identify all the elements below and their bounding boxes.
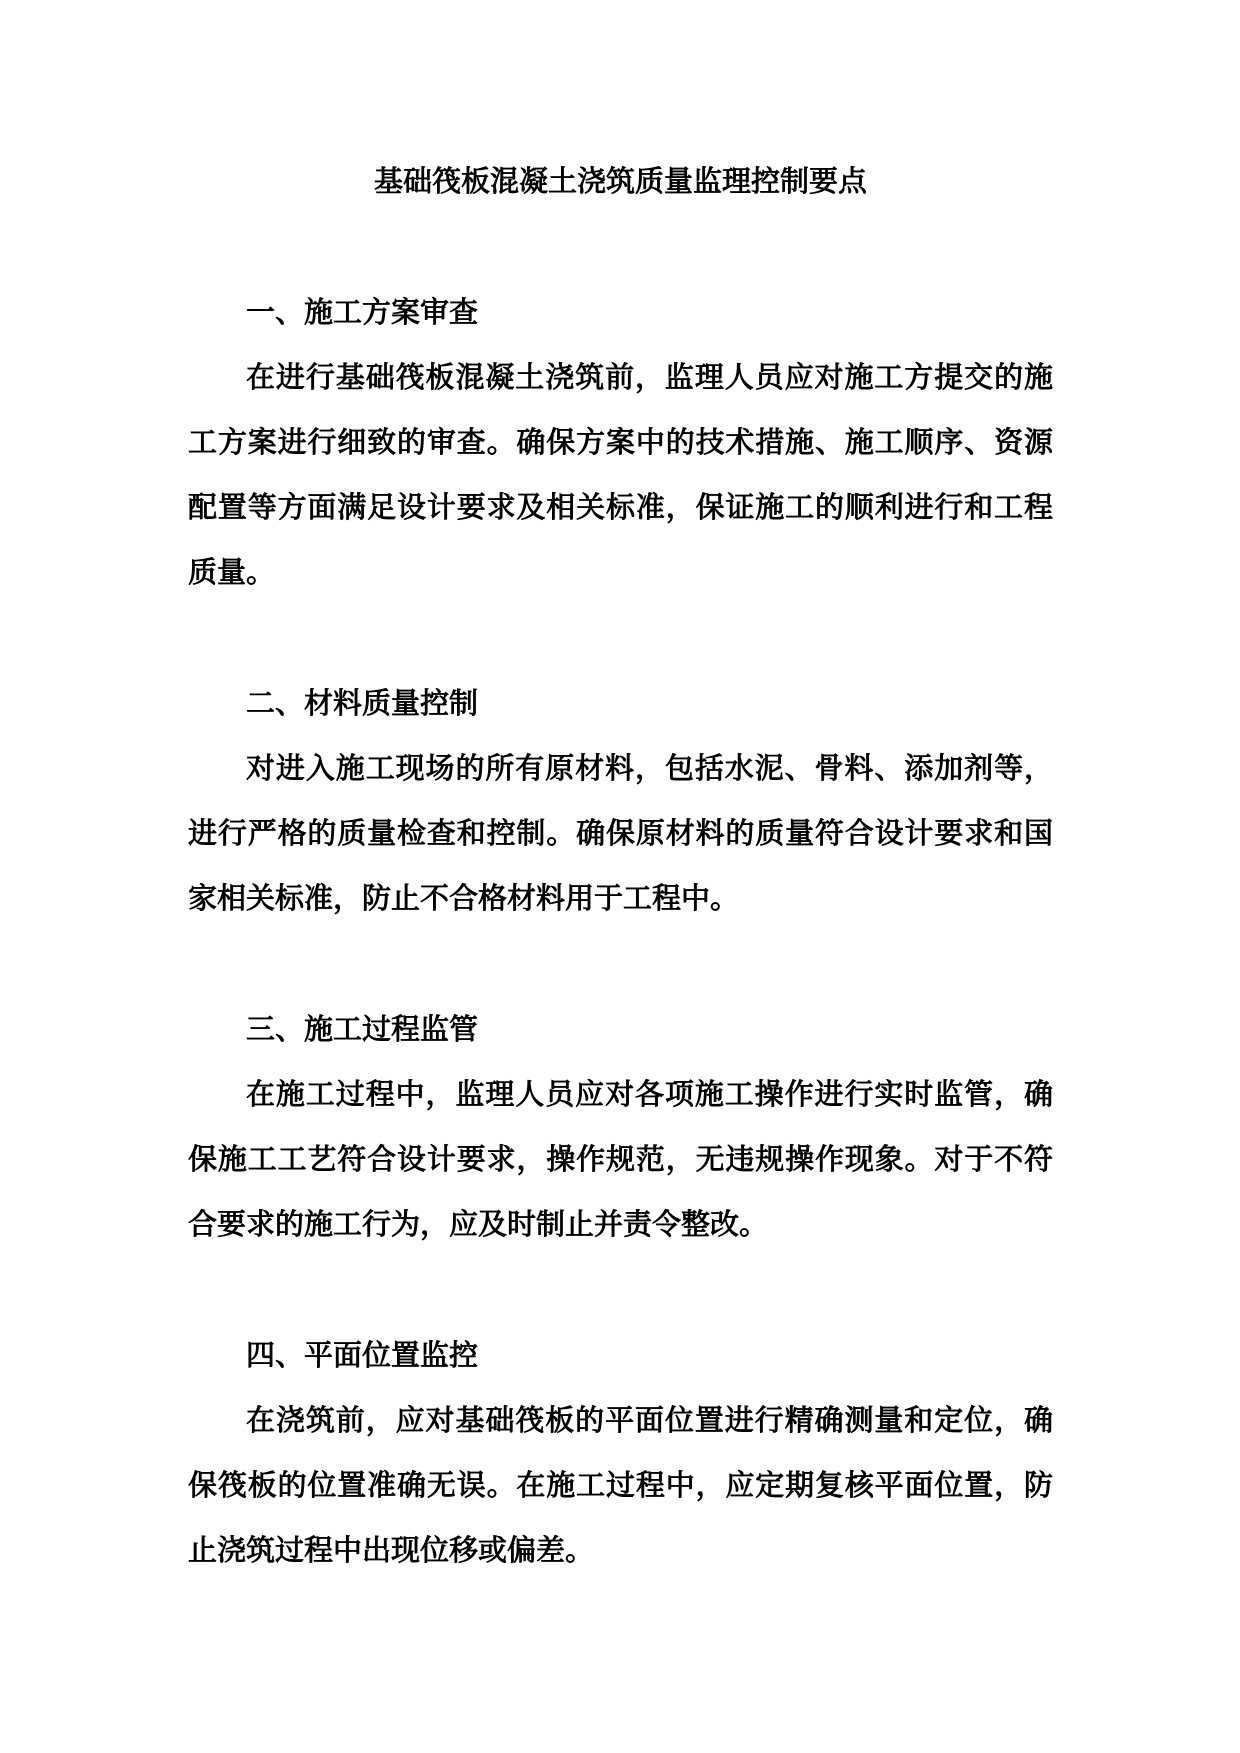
section-2-paragraph: 对进入施工现场的所有原材料，包括水泥、骨料、添加剂等，进行严格的质量检查和控制。… [188, 737, 1053, 932]
section-4-paragraph: 在浇筑前，应对基础筏板的平面位置进行精确测量和定位，确保筏板的位置准确无误。在施… [188, 1389, 1053, 1584]
section-1-paragraph: 在进行基础筏板混凝土浇筑前，监理人员应对施工方提交的施工方案进行细致的审查。确保… [188, 346, 1053, 606]
section-4-heading: 四、平面位置监控 [188, 1324, 1053, 1389]
section-2-heading: 二、材料质量控制 [188, 672, 1053, 737]
section-2: 二、材料质量控制 对进入施工现场的所有原材料，包括水泥、骨料、添加剂等，进行严格… [188, 672, 1053, 932]
section-3: 三、施工过程监管 在施工过程中，监理人员应对各项施工操作进行实时监管，确保施工工… [188, 998, 1053, 1258]
section-4: 四、平面位置监控 在浇筑前，应对基础筏板的平面位置进行精确测量和定位，确保筏板的… [188, 1324, 1053, 1584]
section-1: 一、施工方案审查 在进行基础筏板混凝土浇筑前，监理人员应对施工方提交的施工方案进… [188, 281, 1053, 606]
section-1-heading: 一、施工方案审查 [188, 281, 1053, 346]
section-3-heading: 三、施工过程监管 [188, 998, 1053, 1063]
section-3-paragraph: 在施工过程中，监理人员应对各项施工操作进行实时监管，确保施工工艺符合设计要求，操… [188, 1063, 1053, 1258]
document-page: 基础筏板混凝土浇筑质量监理控制要点 一、施工方案审查 在进行基础筏板混凝土浇筑前… [0, 0, 1240, 1753]
document-title: 基础筏板混凝土浇筑质量监理控制要点 [188, 150, 1053, 215]
